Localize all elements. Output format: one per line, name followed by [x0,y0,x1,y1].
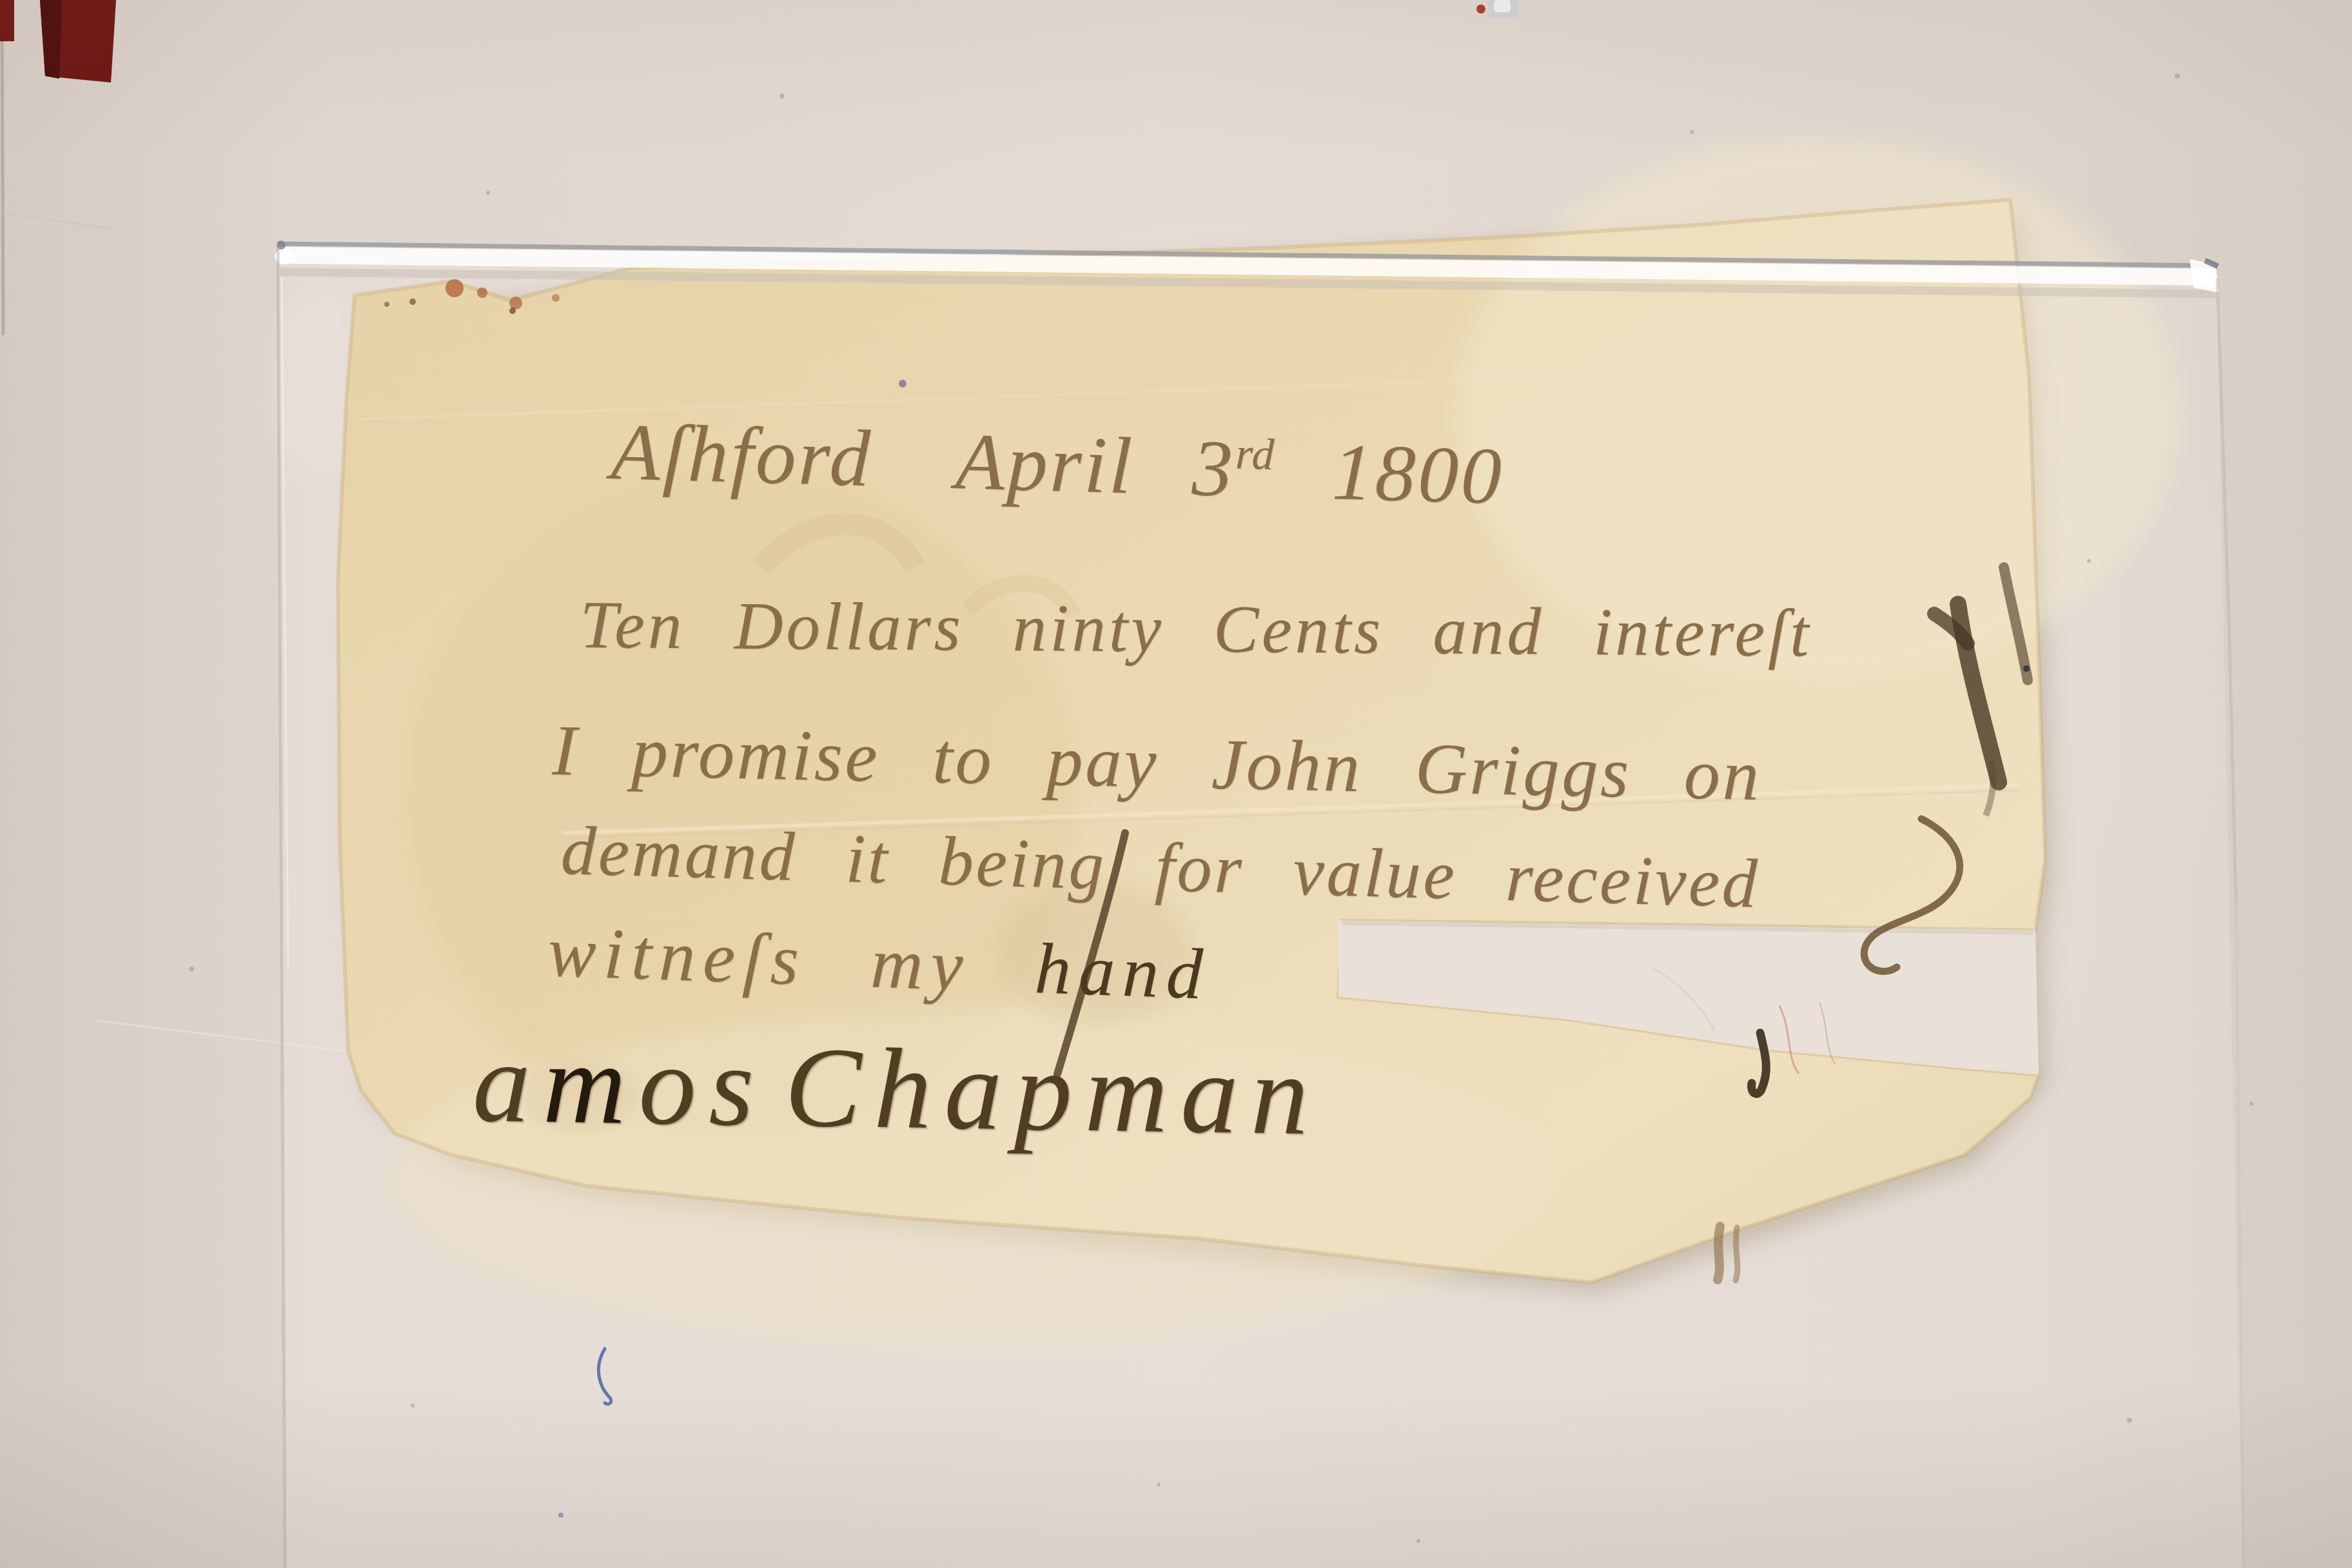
rust-stain [409,299,416,305]
date-day-suffix: rd [1235,429,1275,479]
signature-last: Chapman [784,1023,1322,1159]
rust-stain [446,279,464,297]
red-speck [1476,5,1485,14]
brown-smear [1736,1228,1738,1280]
rust-stain [509,297,522,309]
blue-speck [558,1513,563,1518]
closing-prefix: witneſs my [547,912,1037,1008]
date-year: 1800 [1331,427,1505,521]
backdrop-scratch [0,213,116,230]
photo-edge-line [2,0,3,335]
place-name: Aſhford [610,407,874,504]
photo-scene: Aſhford April 3rd 1800 Ten Dollars ninty… [0,0,2352,1568]
rust-stain [552,294,560,302]
rust-stain [477,288,487,298]
brown-smear [1718,1226,1720,1280]
signature-first-a: a [472,1018,544,1147]
closing-emphasis: hand [1034,928,1211,1014]
body-line-amount: Ten Dollars ninty Cents and intereſt [580,585,1812,672]
ink-speck [2023,665,2030,672]
red-corner-mark [0,0,14,41]
backdrop-notch-highlight [1494,0,1511,12]
date-day: 3 [1191,424,1236,514]
violet-speck [899,380,906,387]
rust-stain [509,308,516,314]
signature: amosChapman [472,1015,1322,1162]
date-month: April [954,417,1135,511]
signature-first-rest: os [638,1021,767,1150]
signature-first-m: m [542,1019,640,1148]
rust-stain [384,302,389,307]
red-corner-mark-dark [40,0,62,79]
